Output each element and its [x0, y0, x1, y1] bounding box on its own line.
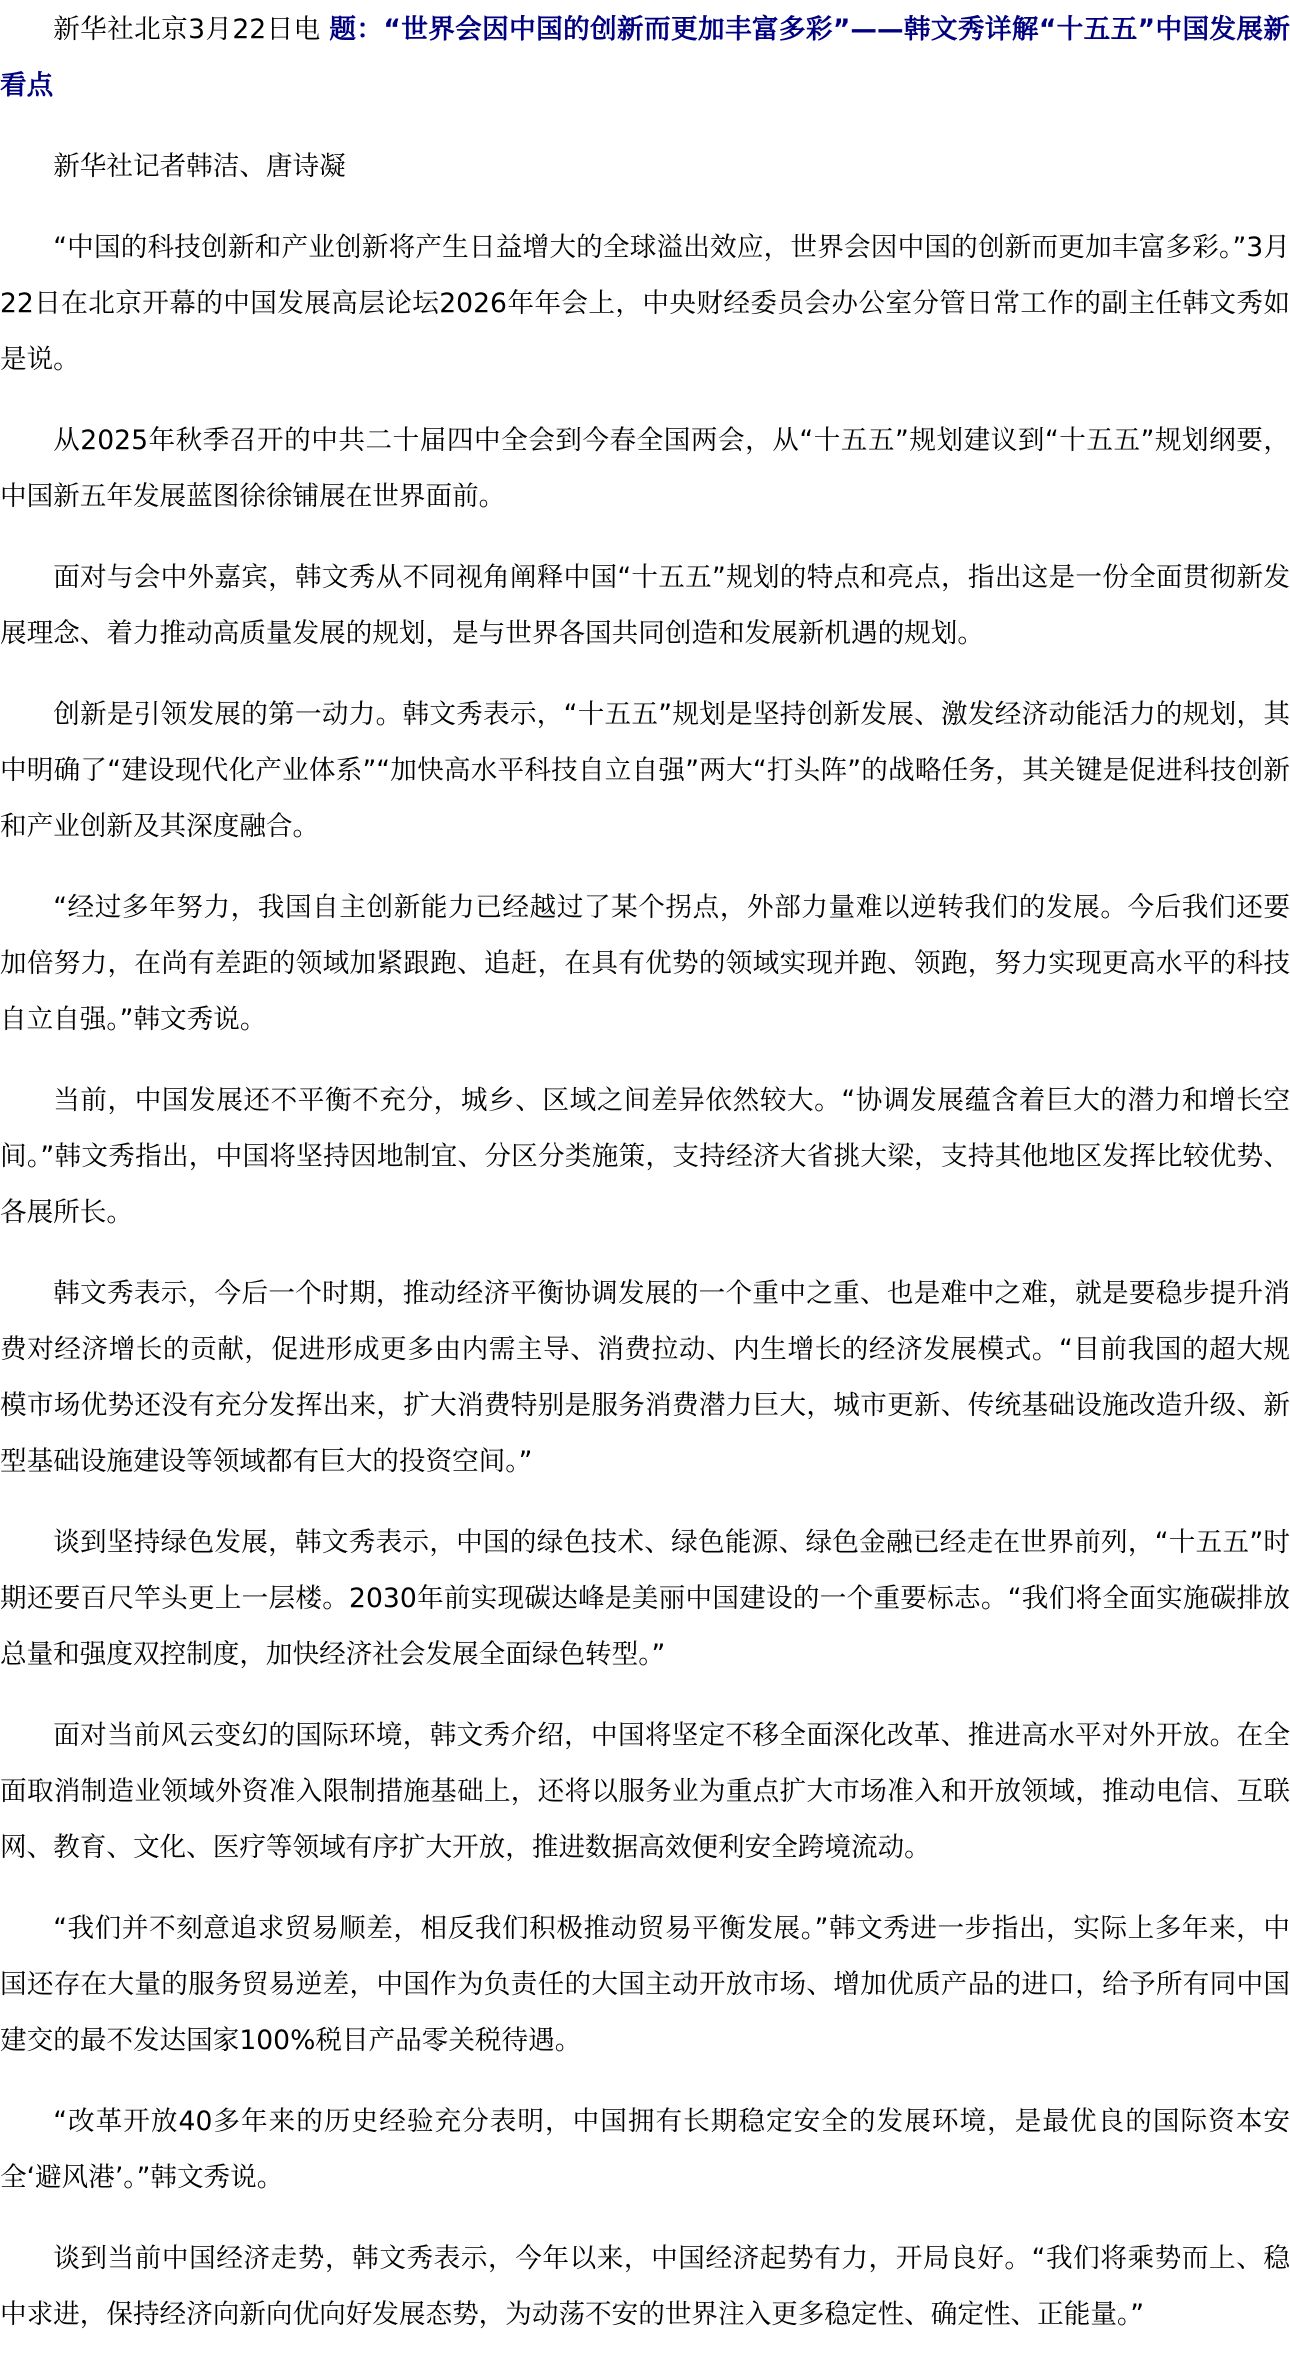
article-paragraph: 从2025年秋季召开的中共二十届四中全会到今春全国两会，从“十五五”规划建议到“… — [0, 413, 1290, 525]
article-byline: 新华社记者韩洁、唐诗凝 — [0, 139, 1290, 195]
article-lead: 新华社北京3月22日电 题：“世界会因中国的创新而更加丰富多彩”——韩文秀详解“… — [0, 2, 1290, 114]
article-paragraph: 当前，中国发展还不平衡不充分，城乡、区域之间差异依然较大。“协调发展蕴含着巨大的… — [0, 1073, 1290, 1241]
dateline: 新华社北京3月22日电 — [53, 14, 329, 45]
article-paragraph: 韩文秀表示，今后一个时期，推动经济平衡协调发展的一个重中之重、也是难中之难，就是… — [0, 1266, 1290, 1490]
article-paragraph: 面对当前风云变幻的国际环境，韩文秀介绍，中国将坚定不移全面深化改革、推进高水平对… — [0, 1708, 1290, 1876]
article-paragraph: “中国的科技创新和产业创新将产生日益增大的全球溢出效应，世界会因中国的创新而更加… — [0, 220, 1290, 388]
article-paragraph: 面对与会中外嘉宾，韩文秀从不同视角阐释中国“十五五”规划的特点和亮点，指出这是一… — [0, 550, 1290, 662]
article-paragraph: 谈到坚持绿色发展，韩文秀表示，中国的绿色技术、绿色能源、绿色金融已经走在世界前列… — [0, 1515, 1290, 1683]
article-paragraph: 谈到当前中国经济走势，韩文秀表示，今年以来，中国经济起势有力，开局良好。“我们将… — [0, 2231, 1290, 2343]
article-paragraph: “改革开放40多年来的历史经验充分表明，中国拥有长期稳定安全的发展环境，是最优良… — [0, 2094, 1290, 2206]
news-article: 新华社北京3月22日电 题：“世界会因中国的创新而更加丰富多彩”——韩文秀详解“… — [0, 0, 1290, 2343]
article-paragraph: “我们并不刻意追求贸易顺差，相反我们积极推动贸易平衡发展。”韩文秀进一步指出，实… — [0, 1901, 1290, 2069]
article-paragraph: “经过多年努力，我国自主创新能力已经越过了某个拐点，外部力量难以逆转我们的发展。… — [0, 880, 1290, 1048]
article-paragraph: 创新是引领发展的第一动力。韩文秀表示，“十五五”规划是坚持创新发展、激发经济动能… — [0, 687, 1290, 855]
